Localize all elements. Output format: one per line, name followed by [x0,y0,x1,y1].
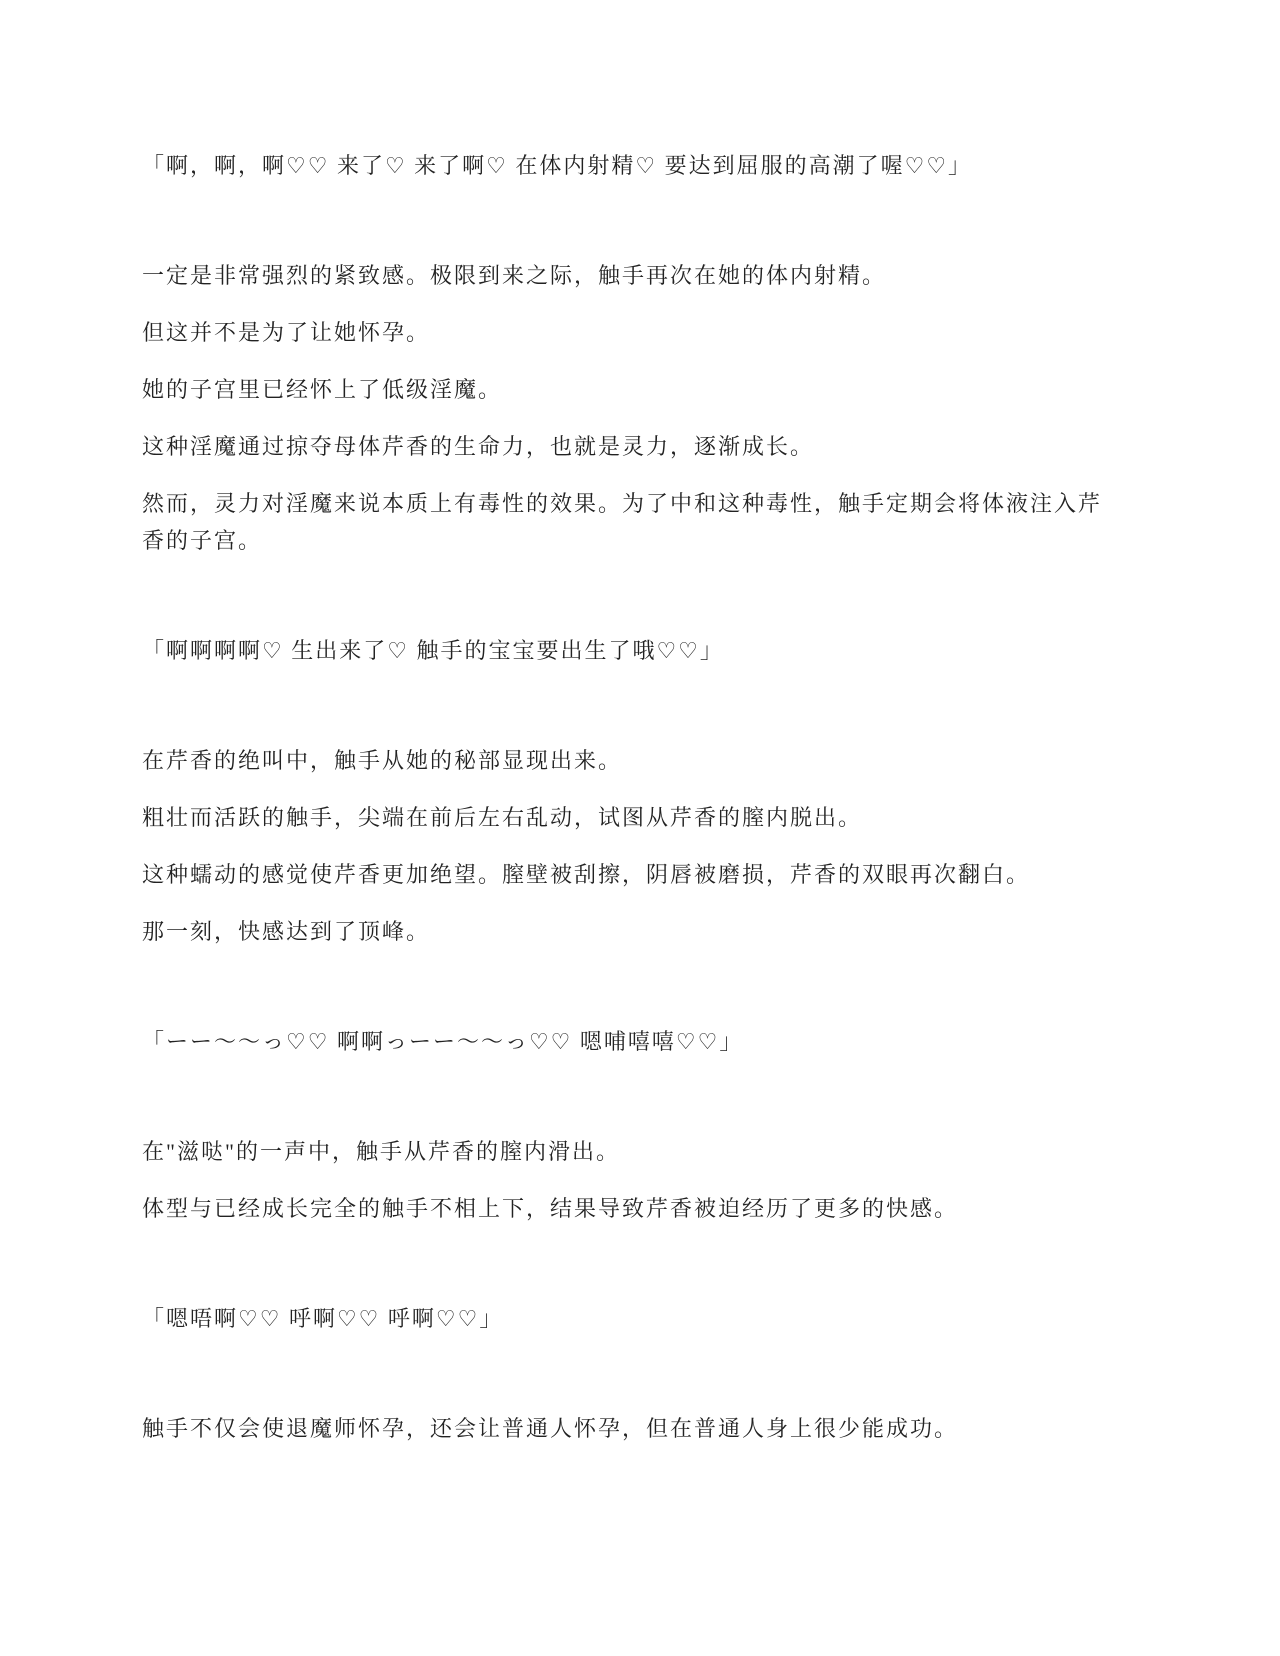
narration-paragraph: 这种蠕动的感觉使芹香更加绝望。膣壁被刮擦，阴唇被磨损，芹香的双眼再次翻白。 [142,856,1112,893]
text-content: 「啊，啊，啊♡♡ 来了♡ 来了啊♡ 在体内射精♡ 要达到屈服的高潮了喔♡♡」 一… [0,0,1280,1447]
narration-paragraph: 那一刻，快感达到了顶峰。 [142,913,1112,950]
dialogue-line: 「啊，啊，啊♡♡ 来了♡ 来了啊♡ 在体内射精♡ 要达到屈服的高潮了喔♡♡」 [142,147,1112,184]
narration-paragraph: 触手不仅会使退魔师怀孕，还会让普通人怀孕，但在普通人身上很少能成功。 [142,1410,1112,1447]
narration-paragraph: 在"滋哒"的一声中，触手从芹香的膣内滑出。 [142,1133,1112,1170]
document-page: 「啊，啊，啊♡♡ 来了♡ 来了啊♡ 在体内射精♡ 要达到屈服的高潮了喔♡♡」 一… [0,0,1280,1656]
narration-paragraph: 粗壮而活跃的触手，尖端在前后左右乱动，试图从芹香的膣内脱出。 [142,799,1112,836]
narration-paragraph: 但这并不是为了让她怀孕。 [142,314,1112,351]
narration-paragraph: 一定是非常强烈的紧致感。极限到来之际，触手再次在她的体内射精。 [142,257,1112,294]
narration-paragraph: 然而，灵力对淫魔来说本质上有毒性的效果。为了中和这种毒性，触手定期会将体液注入芹… [142,485,1112,559]
dialogue-line: 「ーー～～っ♡♡ 啊啊っーー～～っ♡♡ 嗯哺嘻嘻♡♡」 [142,1023,1112,1060]
narration-paragraph: 体型与已经成长完全的触手不相上下，结果导致芹香被迫经历了更多的快感。 [142,1190,1112,1227]
narration-paragraph: 在芹香的绝叫中，触手从她的秘部显现出来。 [142,742,1112,779]
narration-paragraph: 她的子宫里已经怀上了低级淫魔。 [142,371,1112,408]
dialogue-line: 「啊啊啊啊♡ 生出来了♡ 触手的宝宝要出生了哦♡♡」 [142,632,1112,669]
dialogue-line: 「嗯唔啊♡♡ 呼啊♡♡ 呼啊♡♡」 [142,1300,1112,1337]
narration-paragraph: 这种淫魔通过掠夺母体芹香的生命力，也就是灵力，逐渐成长。 [142,428,1112,465]
